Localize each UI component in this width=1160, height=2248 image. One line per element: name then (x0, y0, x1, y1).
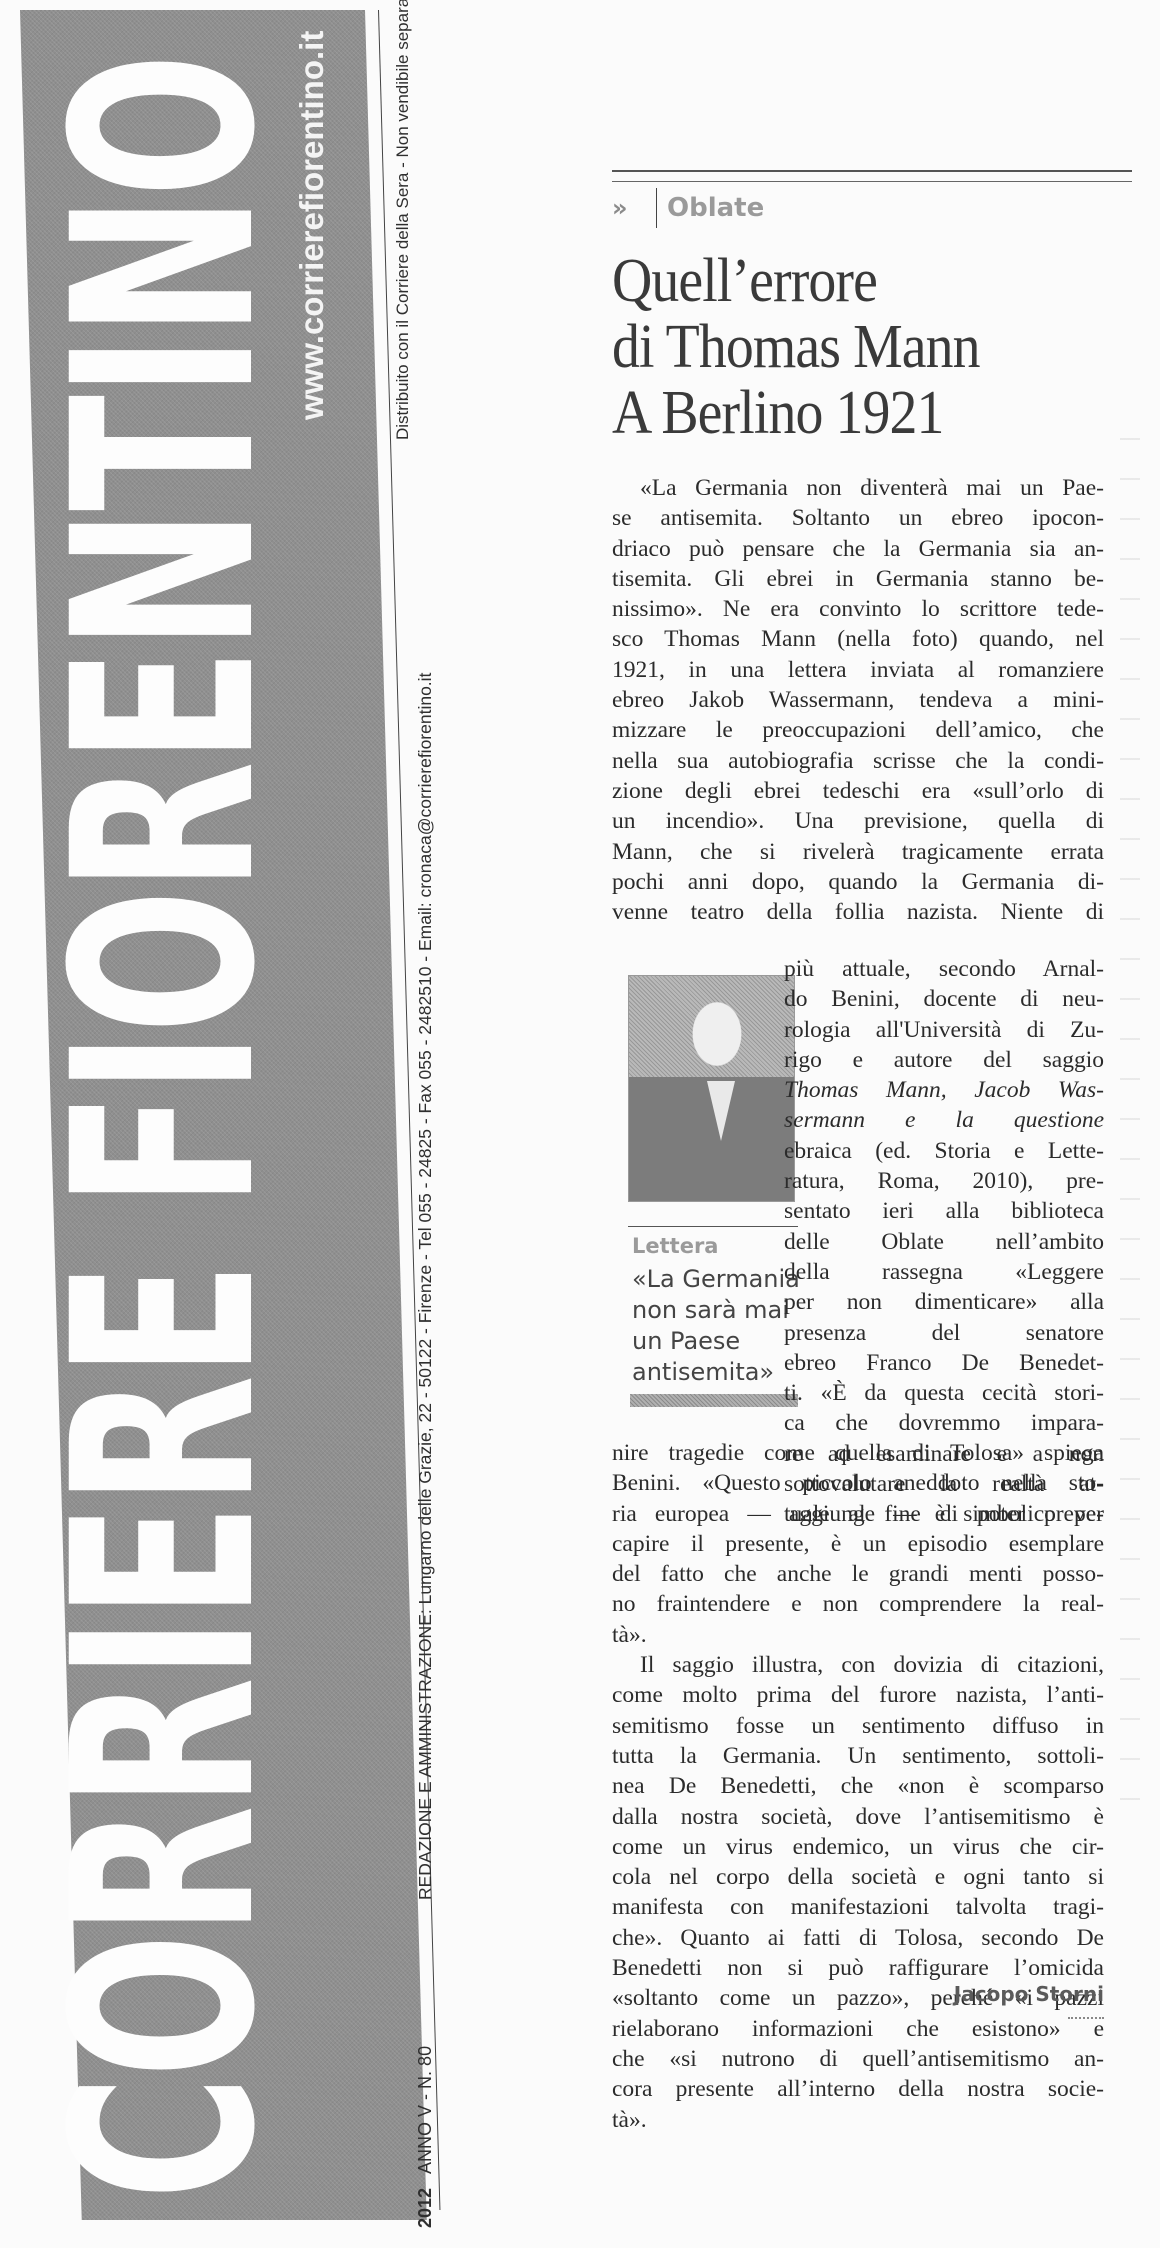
text-line: più attuale, secondo Arnal- (784, 954, 1104, 984)
scan-bleed-through (1120, 400, 1140, 1800)
distribution-note: Distribuito con il Corriere della Sera -… (392, 0, 414, 440)
text-line: ebreo Franco De Benedet- (784, 1348, 1104, 1378)
text-line: nea De Benedetti, che «non è scomparso (612, 1771, 1104, 1801)
sidebar-label: Lettera (632, 1234, 718, 1258)
text-line: venne teatro della follia nazista. Nient… (612, 897, 1104, 927)
headline-line: A Berlino 1921 (612, 380, 1080, 446)
text-line: manifesta con manifestazioni talvolta tr… (612, 1892, 1104, 1922)
text-line: cola nel corpo della società e ogni tant… (612, 1862, 1104, 1892)
text-line: nissimo». Ne era convinto lo scrittore t… (612, 594, 1104, 624)
text-line: tisemita. Gli ebrei in Germania stanno b… (612, 564, 1104, 594)
text-line: che «si nutrono di quell’antisemitismo a… (612, 2044, 1104, 2074)
text-line: no fraintendere e non comprendere la rea… (612, 1589, 1104, 1619)
double-chevron-right-icon: » (612, 194, 656, 222)
thomas-mann-photo (628, 975, 795, 1202)
quote-line: non sarà mai (632, 1295, 802, 1326)
text-line: ca che dovremmo impara- (784, 1408, 1104, 1438)
issue-number: ANNO V - N. 80 (415, 2046, 435, 2174)
text-line: 1921, in una lettera inviata al romanzie… (612, 655, 1104, 685)
text-line: do Benini, docente di neu- (784, 984, 1104, 1014)
text-line: Benini. «Questo piccolo aneddoto nella s… (612, 1468, 1104, 1498)
body-text-top: «La Germania non diventerà mai un Pae- s… (612, 473, 1104, 927)
section-kicker: » Oblate (612, 188, 764, 228)
issue-info: 2012ANNO V - N. 80 (414, 2046, 436, 2228)
masthead-title: CORRIERE FIORENTINO (40, 20, 290, 2200)
text-line: capire il presente, è un episodio esempl… (612, 1529, 1104, 1559)
sidebar-bar (630, 1394, 798, 1407)
kicker-label: Oblate (667, 193, 764, 223)
text-line-book-title: Thomas Mann, Jacob Was- (784, 1075, 1104, 1105)
text-line-book-title: sermann e la questione (784, 1105, 1104, 1135)
text-line: mizzare le preoccupazioni dell’amico, ch… (612, 715, 1104, 745)
text-line: rielaborano informazioni che esistono» e (612, 2014, 1104, 2044)
masthead-url: www.corrierefiorentino.it (292, 20, 332, 420)
quote-line: un Paese (632, 1326, 802, 1357)
text-line: Il saggio illustra, con dovizia di citaz… (612, 1650, 1104, 1680)
text-line: pochi anni dopo, quando la Germania di- (612, 867, 1104, 897)
text-line: zione degli ebrei tedeschi era «sull’orl… (612, 776, 1104, 806)
text-line: come molto prima del furore nazista, l’a… (612, 1680, 1104, 1710)
text-line: Mann, che si rivelerà tragicamente errat… (612, 837, 1104, 867)
top-rule-secondary (612, 181, 1132, 182)
quote-line: antisemita» (632, 1357, 802, 1388)
text-line: tà». (612, 1620, 1104, 1650)
text-line: nella sua autobiografia scrisse che la c… (612, 746, 1104, 776)
text-line: sentato ieri alla biblioteca (784, 1196, 1104, 1226)
text-line: se antisemita. Soltanto un ebreo ipocon- (612, 503, 1104, 533)
sidebar-quote: «La Germania non sarà mai un Paese antis… (632, 1264, 802, 1388)
text-line: ebraica (ed. Storia e Lette- (784, 1136, 1104, 1166)
text-line: rigo e autore del saggio (784, 1045, 1104, 1075)
text-line: come un virus endemico, un virus che cir… (612, 1832, 1104, 1862)
text-line: rologia all'Università di Zu- (784, 1015, 1104, 1045)
masthead-title-text: CORRIERE FIORENTINO (40, 56, 290, 2200)
top-rule (612, 170, 1132, 172)
end-mark (1068, 2017, 1104, 2021)
issue-year: 2012 (415, 2188, 435, 2228)
body-text-bottom: nire tragedie come quella di Tolosa» spi… (612, 1438, 1104, 2135)
quote-line: «La Germania (632, 1264, 802, 1295)
headline: Quell’errore di Thomas Mann A Berlino 19… (612, 248, 1132, 446)
photo-figure (707, 1081, 735, 1141)
text-line: che». Quanto ai fatti di Tolosa, secondo… (612, 1923, 1104, 1953)
headline-line: Quell’errore (612, 248, 1080, 314)
text-line: ratura, Roma, 2010), pre- (784, 1166, 1104, 1196)
text-line: ti. «È da questa cecità stori- (784, 1378, 1104, 1408)
byline: Jacopo Storni (912, 1982, 1104, 2006)
text-line: dalla nostra società, dove l’antisemitis… (612, 1802, 1104, 1832)
text-line: ebreo Jakob Wassermann, tendeva a mini- (612, 685, 1104, 715)
text-line: un incendio». Una previsione, quella di (612, 806, 1104, 836)
text-line: per non dimenticare» alla (784, 1287, 1104, 1317)
text-line: presenza del senatore (784, 1318, 1104, 1348)
headline-line: di Thomas Mann (612, 314, 1080, 380)
text-line: ria europea — aggiunge — è simbolico per (612, 1499, 1104, 1529)
text-line: semitismo fosse un sentimento diffuso in (612, 1711, 1104, 1741)
text-line: cora presente all’interno della nostra s… (612, 2074, 1104, 2104)
text-line: driaco può pensare che la Germania sia a… (612, 534, 1104, 564)
text-line: del fatto che anche le grandi menti poss… (612, 1559, 1104, 1589)
text-line: Benedetti non si può raffigurare l’omici… (612, 1953, 1104, 1983)
text-line: «La Germania non diventerà mai un Pae- (612, 473, 1104, 503)
text-line: sco Thomas Mann (nella foto) quando, nel (612, 624, 1104, 654)
text-line: tutta la Germania. Un sentimento, sottol… (612, 1741, 1104, 1771)
text-line: tà». (612, 2105, 1104, 2135)
text-line: della rassegna «Leggere (784, 1257, 1104, 1287)
text-line: nire tragedie come quella di Tolosa» spi… (612, 1438, 1104, 1468)
editorial-address: REDAZIONE E AMMINISTRAZIONE: Lungarno de… (414, 673, 436, 1900)
kicker-divider (656, 188, 657, 228)
photo-rule (628, 1226, 798, 1227)
text-line: delle Oblate nell’ambito (784, 1227, 1104, 1257)
